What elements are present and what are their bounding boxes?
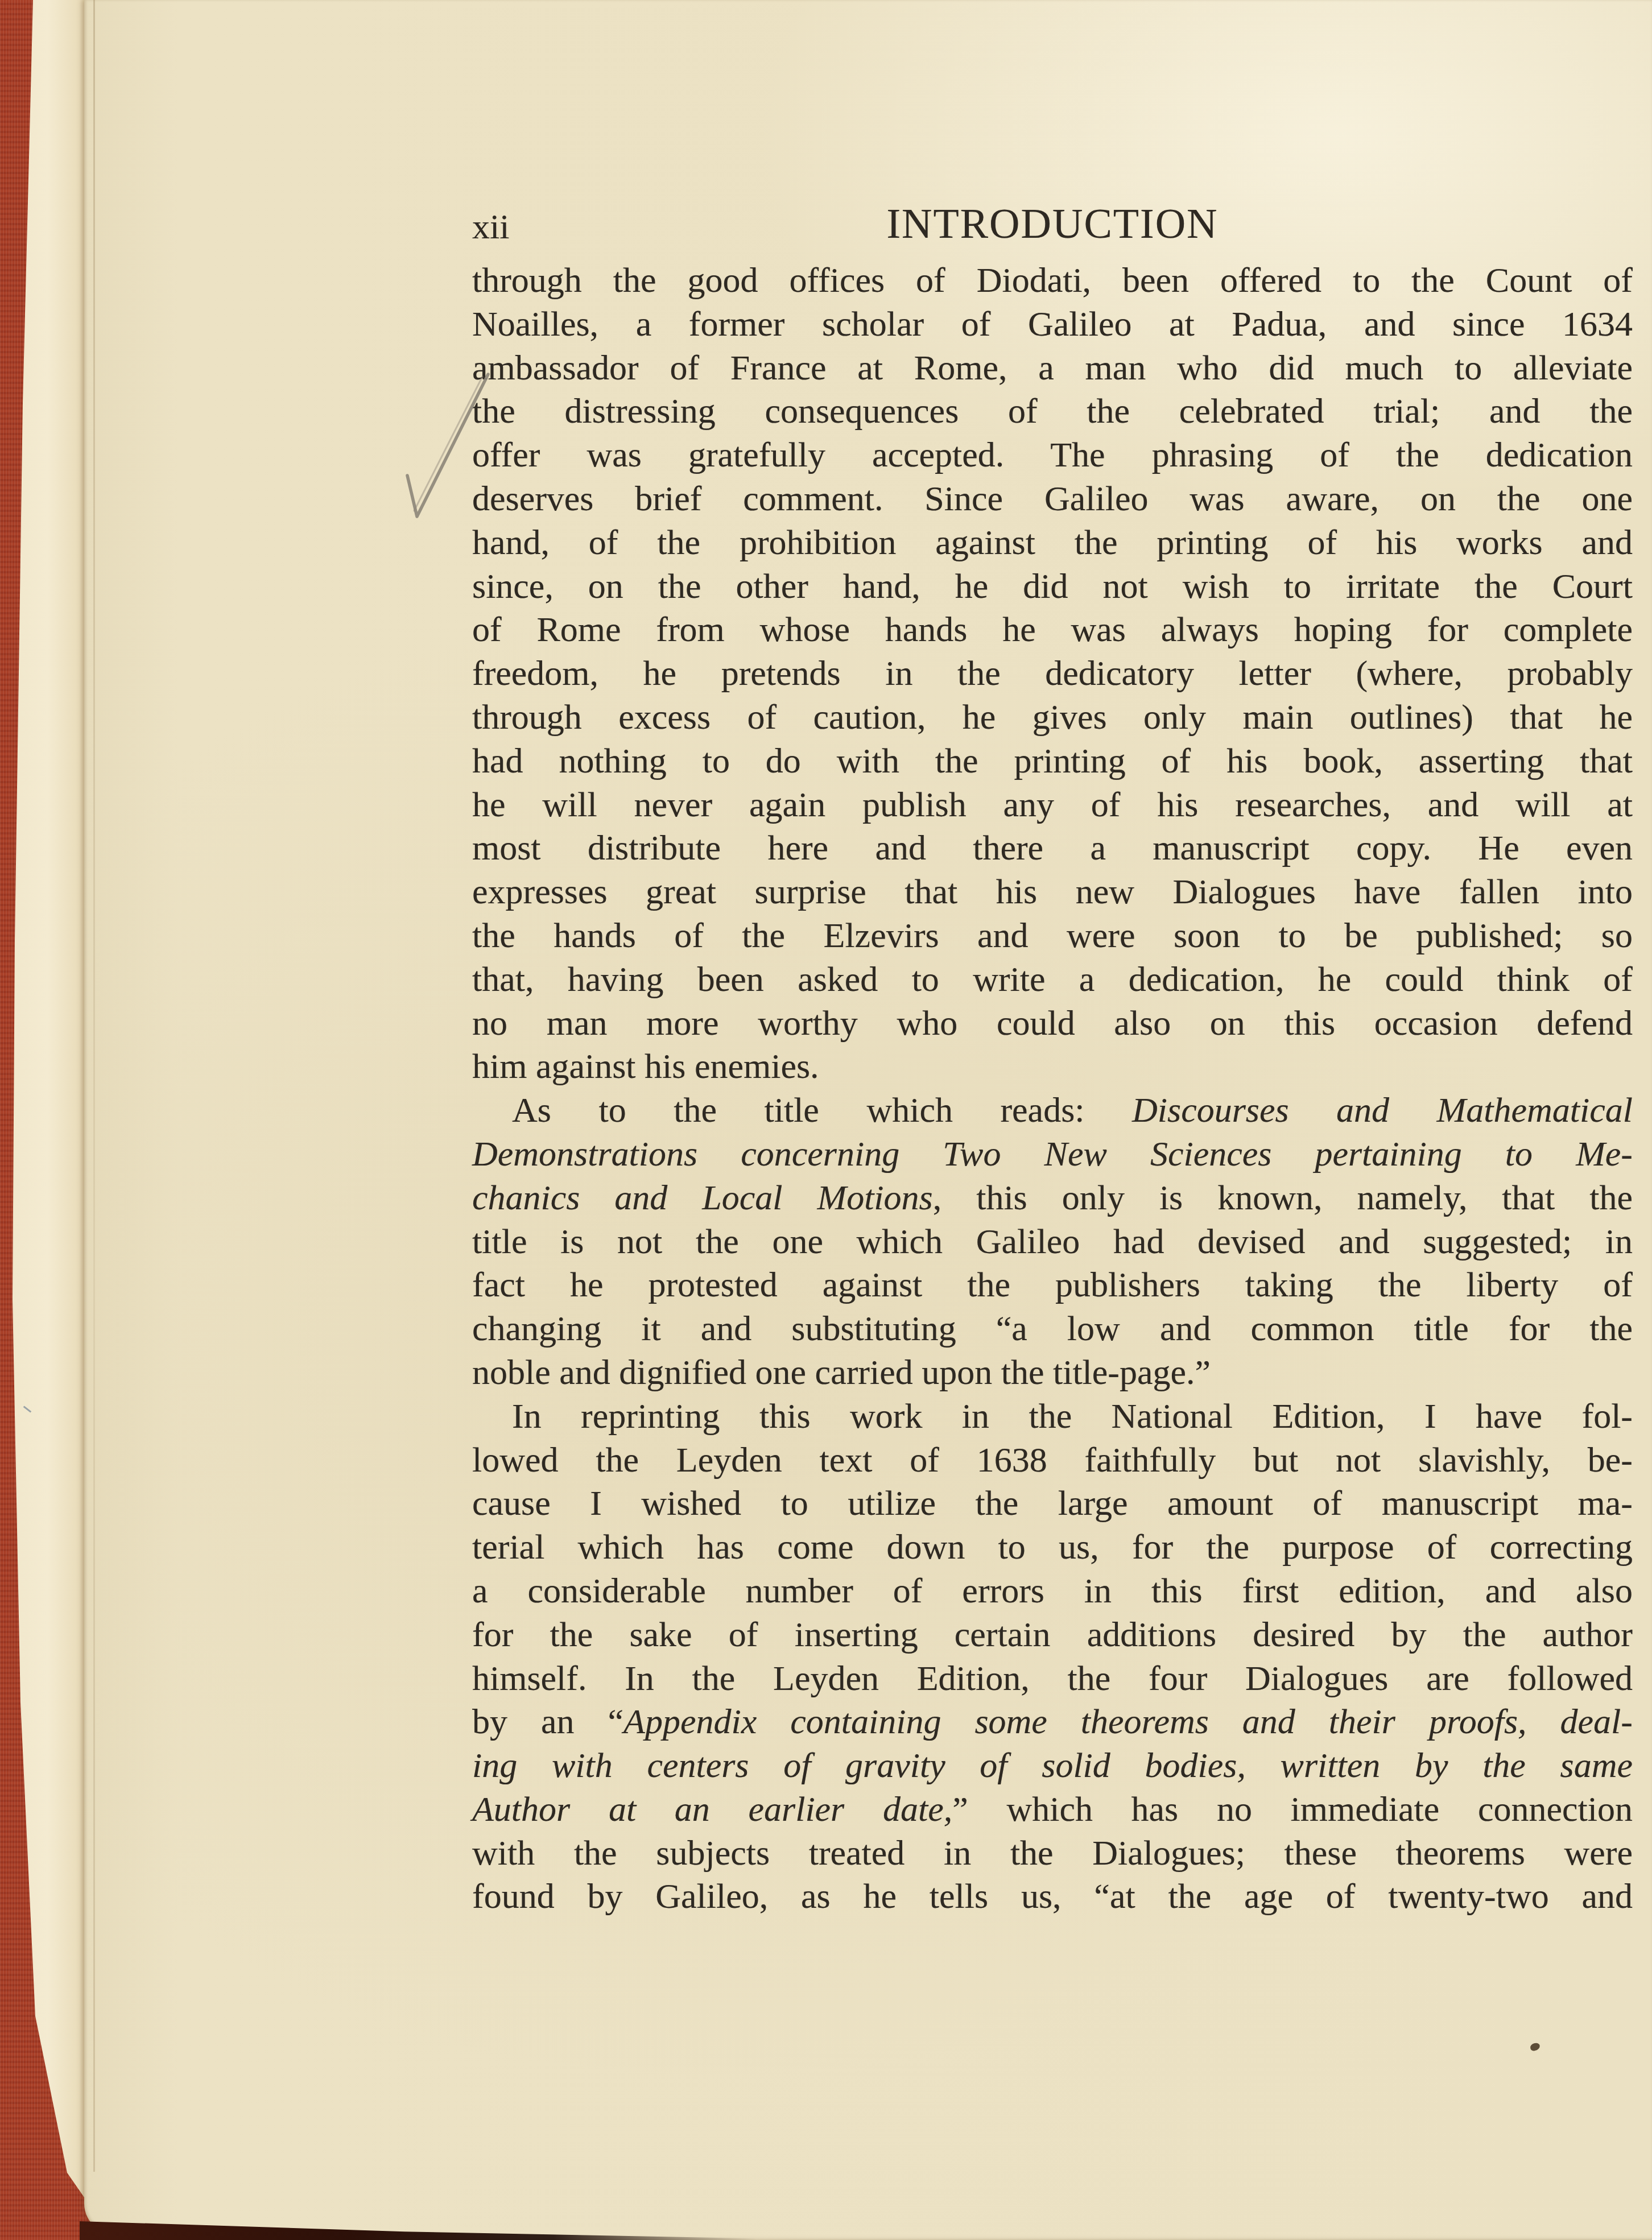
text-line: for the sake of inserting certain additi…: [472, 1613, 1633, 1657]
text-line: had nothing to do with the printing of h…: [472, 739, 1633, 783]
text-line: changing it and substituting “a low and …: [472, 1307, 1633, 1351]
text-segment: most distribute here and there a manuscr…: [472, 829, 1633, 867]
text-segment: of Rome from whose hands he was always h…: [472, 610, 1633, 649]
text-line: Demonstrations concerning Two New Scienc…: [472, 1133, 1633, 1176]
italic-text-segment: ing with centers of gravity of solid bod…: [472, 1746, 1633, 1785]
text-segment: had nothing to do with the printing of h…: [472, 742, 1633, 780]
text-line: terial which has come down to us, for th…: [472, 1526, 1633, 1569]
text-segment: through excess of caution, he gives only…: [472, 698, 1633, 737]
text-segment: cause I wished to utilize the large amou…: [472, 1484, 1633, 1523]
text-line: himself. In the Leyden Edition, the four…: [472, 1657, 1633, 1701]
text-segment: for the sake of inserting certain additi…: [472, 1615, 1633, 1654]
text-line: title is not the one which Galileo had d…: [472, 1220, 1633, 1264]
text-segment: Noailles, a former scholar of Galileo at…: [472, 305, 1633, 344]
text-segment: terial which has come down to us, for th…: [472, 1528, 1633, 1567]
text-segment: the distressing consequences of the cele…: [472, 392, 1633, 431]
text-line: the hands of the Elzevirs and were soon …: [472, 914, 1633, 958]
text-segment: deserves brief comment. Since Galileo wa…: [472, 480, 1633, 518]
text-line: In reprinting this work in the National …: [472, 1395, 1633, 1439]
text-line: by an “Appendix containing some theorems…: [472, 1700, 1633, 1744]
text-segment: by an “: [472, 1702, 623, 1741]
text-line: offer was gratefully accepted. The phras…: [472, 433, 1633, 477]
text-line: he will never again publish any of his r…: [472, 783, 1633, 827]
text-segment: with the subjects treated in the Dialogu…: [472, 1834, 1633, 1873]
paragraph: through the good offices of Diodati, bee…: [472, 259, 1633, 1089]
italic-text-segment: Appendix containing some theorems and th…: [623, 1702, 1633, 1741]
text-line: lowed the Leyden text of 1638 faithfully…: [472, 1439, 1633, 1482]
text-line: with the subjects treated in the Dialogu…: [472, 1832, 1633, 1875]
text-line: most distribute here and there a manuscr…: [472, 826, 1633, 870]
text-line: him against his enemies.: [472, 1045, 1633, 1089]
text-segment: As to the title which reads:: [512, 1091, 1132, 1130]
text-line: hand, of the prohibition against the pri…: [472, 521, 1633, 565]
text-line: expresses great surprise that his new Di…: [472, 870, 1633, 914]
italic-text-segment: chanics and Local Motions: [472, 1179, 933, 1217]
text-line: fact he protested against the publishers…: [472, 1263, 1633, 1307]
text-line: a considerable number of errors in this …: [472, 1569, 1633, 1613]
text-segment: since, on the other hand, he did not wis…: [472, 567, 1633, 606]
text-segment: hand, of the prohibition against the pri…: [472, 523, 1633, 562]
text-segment: , this only is known, namely, that the: [933, 1179, 1633, 1217]
text-line: the distressing consequences of the cele…: [472, 390, 1633, 433]
italic-text-segment: Discourses and Mathematical: [1132, 1091, 1633, 1130]
text-segment: title is not the one which Galileo had d…: [472, 1222, 1633, 1261]
text-segment: a considerable number of errors in this …: [472, 1572, 1633, 1610]
text-line: since, on the other hand, he did not wis…: [472, 565, 1633, 609]
text-segment: lowed the Leyden text of 1638 faithfully…: [472, 1441, 1633, 1479]
text-segment: In reprinting this work in the National …: [512, 1397, 1633, 1436]
ink-speck: [1530, 2042, 1541, 2051]
text-line: ing with centers of gravity of solid bod…: [472, 1744, 1633, 1788]
paragraph: As to the title which reads: Discourses …: [472, 1089, 1633, 1395]
text-line: ambassador of France at Rome, a man who …: [472, 346, 1633, 390]
running-head: INTRODUCTION: [472, 203, 1633, 245]
book-page-scan: xii INTRODUCTION through the good office…: [0, 0, 1652, 2240]
text-line: noble and dignified one carried upon the…: [472, 1351, 1633, 1395]
text-segment: expresses great surprise that his new Di…: [472, 873, 1633, 911]
italic-text-segment: Author at an earlier date,: [472, 1790, 952, 1829]
text-segment: himself. In the Leyden Edition, the four…: [472, 1659, 1633, 1698]
text-segment: he will never again publish any of his r…: [472, 786, 1633, 824]
text-line: chanics and Local Motions, this only is …: [472, 1176, 1633, 1220]
text-line: that, having been asked to write a dedic…: [472, 958, 1633, 1002]
text-line: cause I wished to utilize the large amou…: [472, 1482, 1633, 1526]
text-segment: ambassador of France at Rome, a man who …: [472, 349, 1633, 387]
text-line: As to the title which reads: Discourses …: [472, 1089, 1633, 1133]
text-segment: through the good offices of Diodati, bee…: [472, 261, 1633, 300]
text-segment: changing it and substituting “a low and …: [472, 1309, 1633, 1348]
text-segment: freedom, he pretends in the dedicatory l…: [472, 654, 1633, 693]
text-line: Author at an earlier date,” which has no…: [472, 1788, 1633, 1832]
pencil-checkmark-annotation: [398, 364, 495, 523]
text-segment: that, having been asked to write a dedic…: [472, 960, 1633, 999]
text-segment: him against his enemies.: [472, 1047, 819, 1086]
text-segment: ” which has no immediate connection: [952, 1790, 1633, 1829]
text-segment: noble and dignified one carried upon the…: [472, 1353, 1211, 1392]
text-line: through the good offices of Diodati, bee…: [472, 259, 1633, 303]
text-line: no man more worthy who could also on thi…: [472, 1002, 1633, 1045]
body-text: through the good offices of Diodati, bee…: [472, 259, 1633, 1919]
italic-text-segment: Demonstrations concerning Two New Scienc…: [472, 1135, 1633, 1173]
book-page: xii INTRODUCTION through the good office…: [84, 0, 1652, 2240]
text-line: freedom, he pretends in the dedicatory l…: [472, 652, 1633, 696]
paragraph: In reprinting this work in the National …: [472, 1395, 1633, 1919]
text-segment: the hands of the Elzevirs and were soon …: [472, 916, 1633, 955]
text-line: through excess of caution, he gives only…: [472, 696, 1633, 739]
text-segment: no man more worthy who could also on thi…: [472, 1004, 1633, 1043]
text-segment: fact he protested against the publishers…: [472, 1266, 1633, 1304]
text-line: found by Galileo, as he tells us, “at th…: [472, 1875, 1633, 1919]
text-line: of Rome from whose hands he was always h…: [472, 608, 1633, 652]
text-segment: offer was gratefully accepted. The phras…: [472, 436, 1633, 474]
text-line: deserves brief comment. Since Galileo wa…: [472, 477, 1633, 521]
text-line: Noailles, a former scholar of Galileo at…: [472, 303, 1633, 346]
text-segment: found by Galileo, as he tells us, “at th…: [472, 1877, 1633, 1916]
